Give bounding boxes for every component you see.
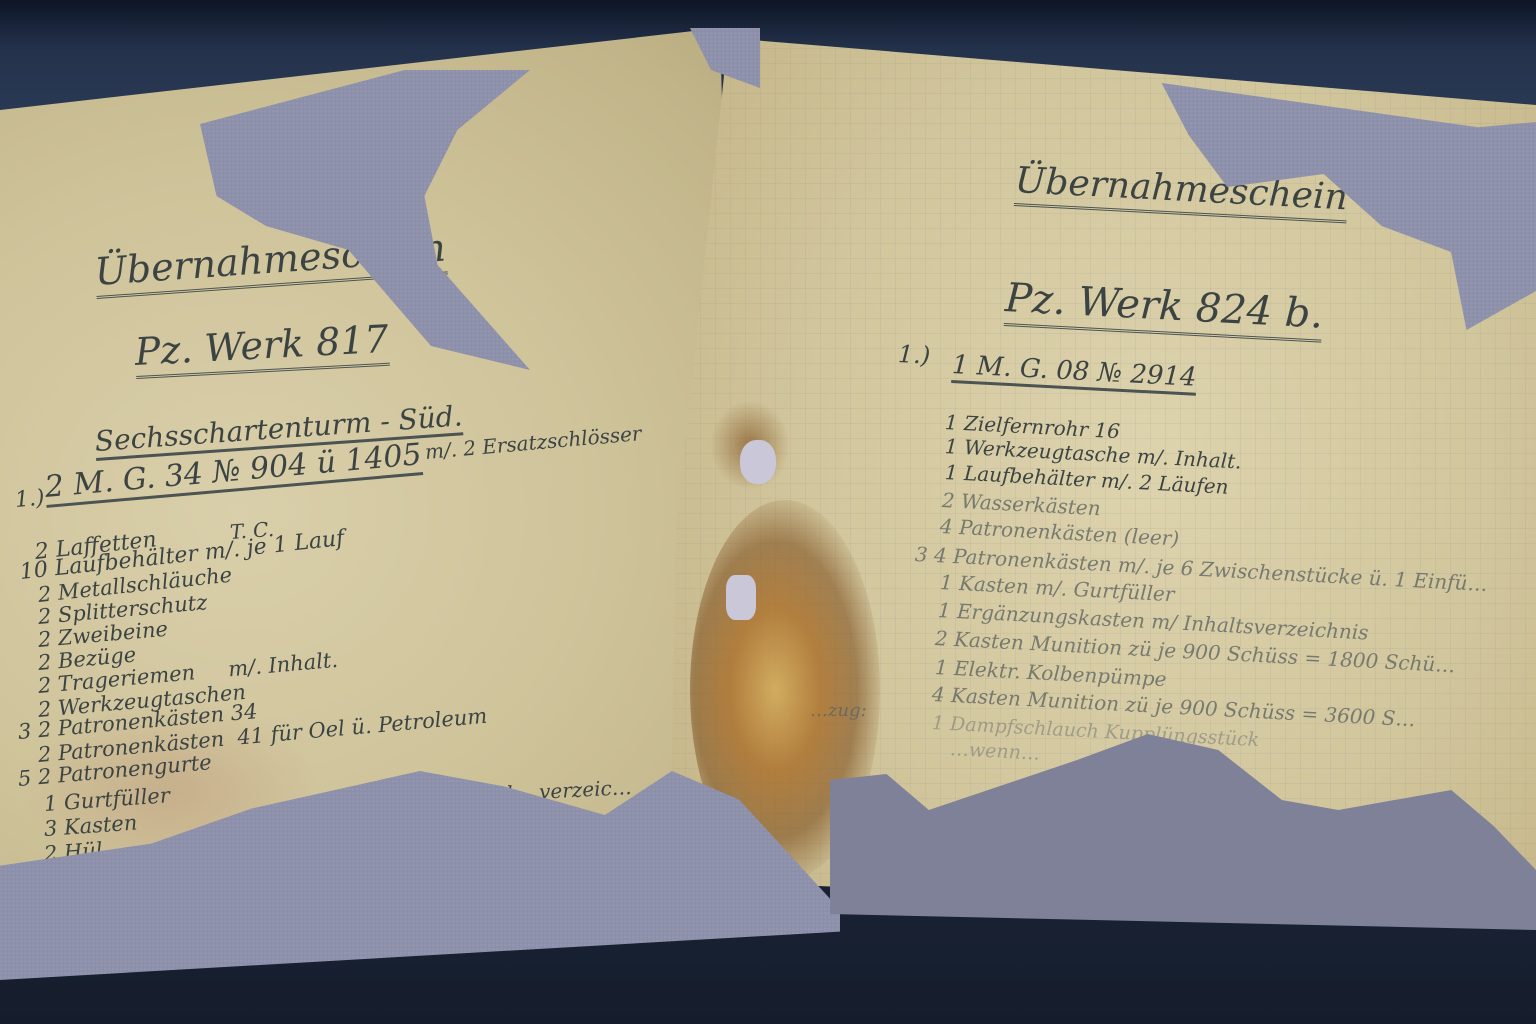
left-item1-number: 1.) <box>14 485 46 512</box>
hole-lower <box>726 575 756 620</box>
list-item: …wenn… <box>949 738 1040 765</box>
document-display-case: Übernahmeschein Pz. Werk 817 Sechsschart… <box>0 0 1536 1024</box>
right-item1-number: 1.) <box>897 340 931 370</box>
hole-upper <box>740 440 776 484</box>
right-margin-fragment: …zug: <box>810 700 867 721</box>
